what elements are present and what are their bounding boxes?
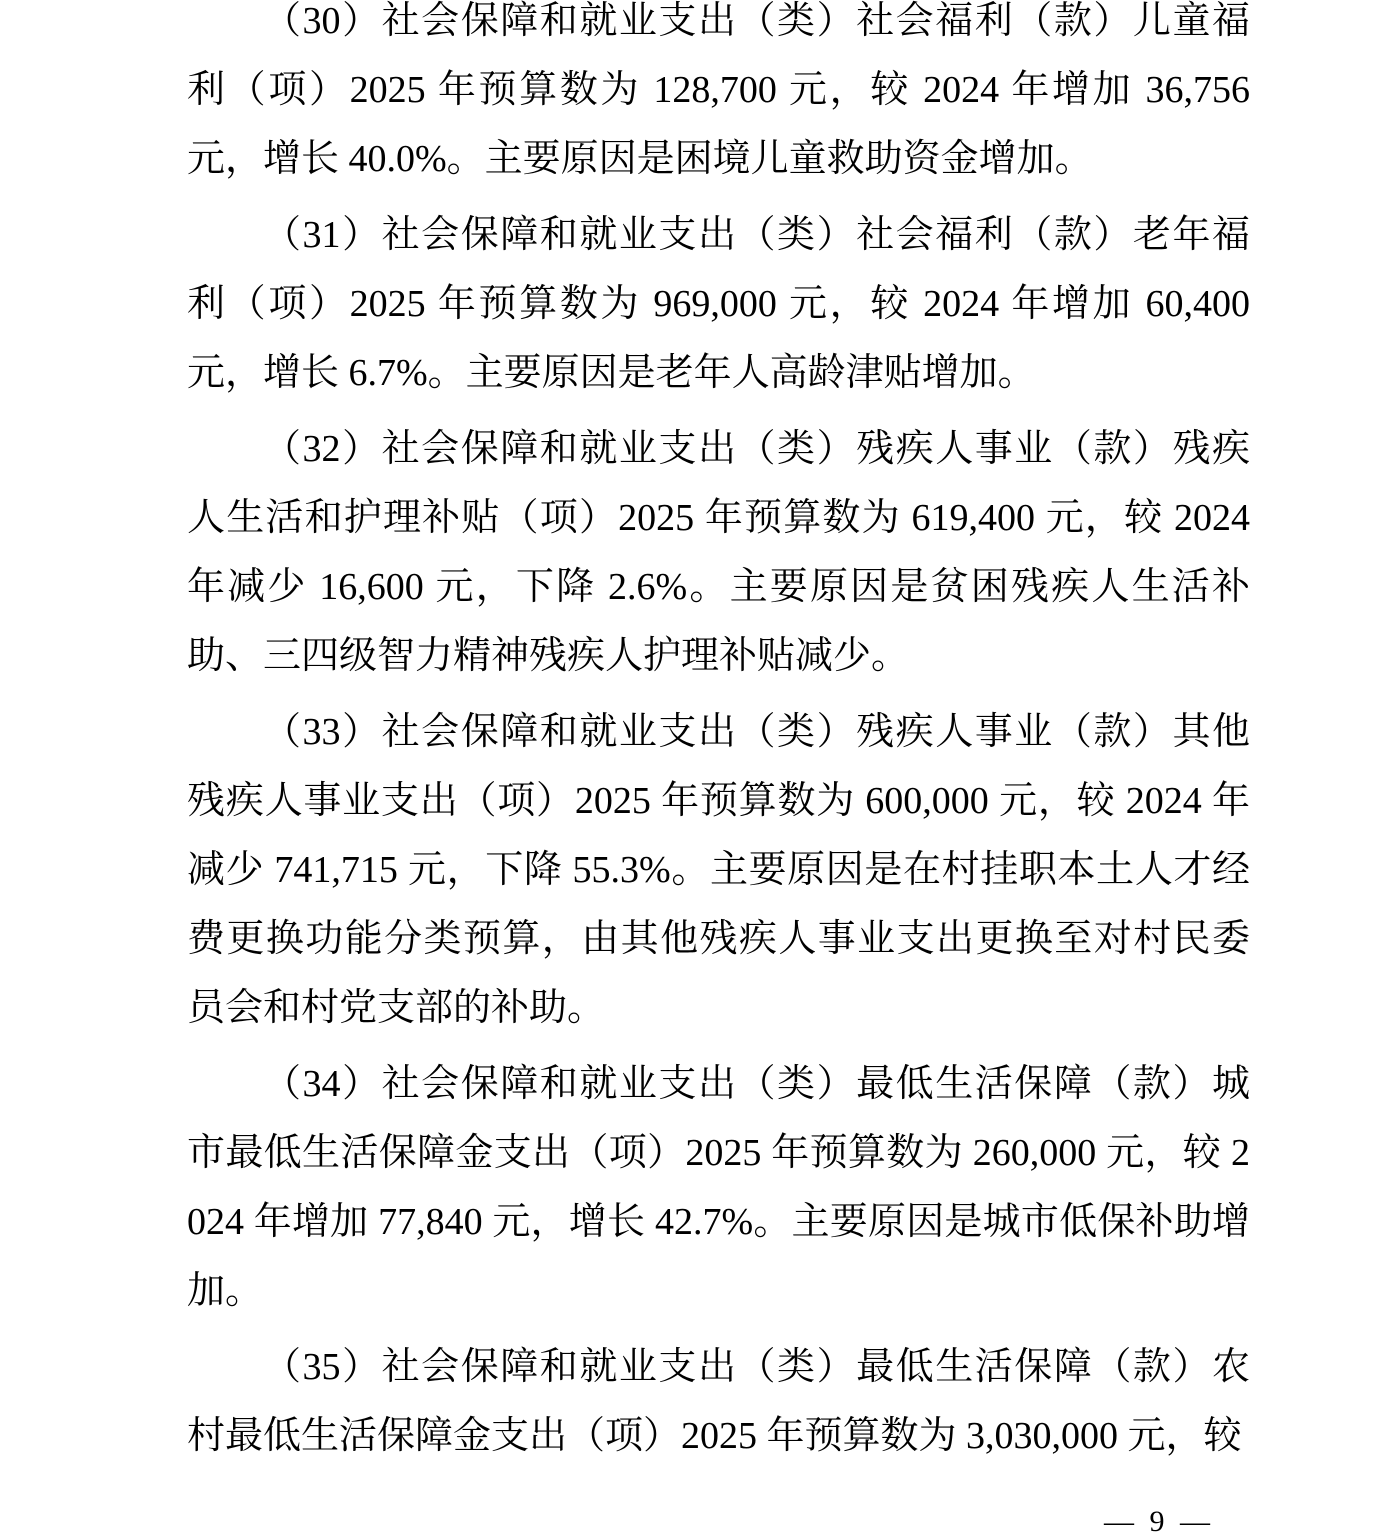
budget-paragraph-31: （31）社会保障和就业支出（类）社会福利（款）老年福利（项）2025 年预算数为…: [187, 201, 1250, 408]
budget-paragraph-34: （34）社会保障和就业支出（类）最低生活保障（款）城市最低生活保障金支出（项）2…: [187, 1050, 1250, 1326]
page-number: — 9 —: [1104, 1505, 1214, 1538]
budget-paragraph-35: （35）社会保障和就业支出（类）最低生活保障（款）农村最低生活保障金支出（项）2…: [187, 1333, 1250, 1471]
budget-paragraph-30: （30）社会保障和就业支出（类）社会福利（款）儿童福利（项）2025 年预算数为…: [187, 0, 1250, 194]
document-page: （30）社会保障和就业支出（类）社会福利（款）儿童福利（项）2025 年预算数为…: [0, 0, 1399, 1538]
budget-paragraph-32: （32）社会保障和就业支出（类）残疾人事业（款）残疾人生活和护理补贴（项）202…: [187, 415, 1250, 691]
budget-paragraph-33: （33）社会保障和就业支出（类）残疾人事业（款）其他残疾人事业支出（项）2025…: [187, 698, 1250, 1043]
document-body: （30）社会保障和就业支出（类）社会福利（款）儿童福利（项）2025 年预算数为…: [187, 0, 1250, 1471]
